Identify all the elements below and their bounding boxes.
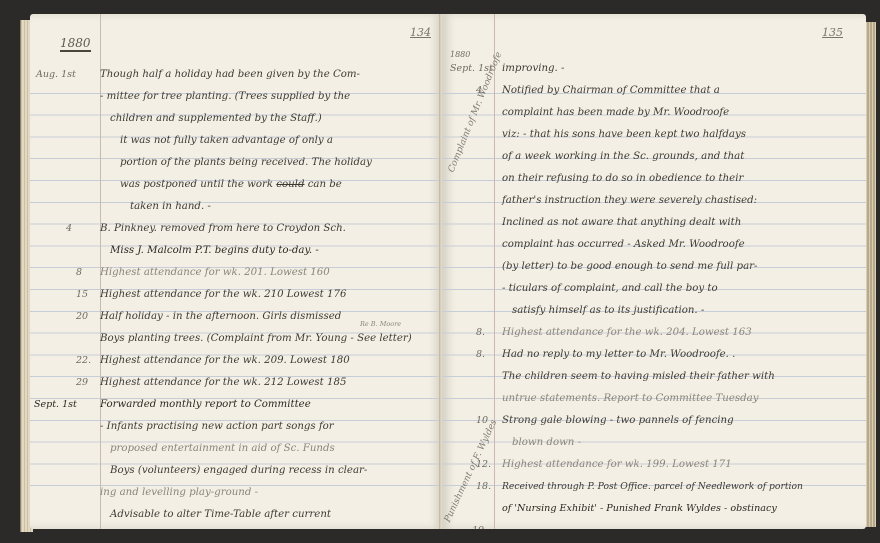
entry-line: father's instruction they were severely … — [502, 190, 757, 212]
entry-line: Strong gale blowing - two pannels of fen… — [502, 410, 734, 432]
entry-line: it was not fully taken advantage of only… — [120, 130, 333, 152]
entry-line: Notified by Chairman of Committee that a — [502, 80, 720, 102]
superscript-note: Re B. Moore — [360, 320, 401, 328]
left-page: 134 1880 Aug. 1st Though half a holiday … — [30, 14, 442, 529]
entry-line: Highest attendance for the wk. 209. Lowe… — [100, 350, 350, 372]
entry-date: Aug. 1st — [36, 64, 76, 86]
entry-line: Inclined as not aware that anything deal… — [502, 212, 741, 234]
entry-date: 8. — [476, 344, 485, 366]
page-edges-right — [866, 22, 876, 527]
entry-line: Received through P. Post Office. parcel … — [502, 476, 803, 498]
entry-date: 15 — [76, 284, 88, 306]
entry-line: - ticulars of complaint, and call the bo… — [502, 278, 718, 300]
entry-line: was postponed until the work could can b… — [120, 174, 342, 196]
entry-line: taken in hand. - — [130, 196, 211, 218]
entry-line: - Infants practising new action part son… — [100, 416, 334, 438]
margin-line — [494, 14, 495, 529]
year-heading: 1880 — [60, 36, 91, 52]
entry-date: 20 — [76, 306, 88, 328]
entry-line: Highest attendance for wk. 201. Lowest 1… — [100, 262, 330, 284]
entry-line: of a week working in the Sc. grounds, an… — [502, 146, 744, 168]
entry-date: 29 — [76, 372, 88, 394]
entry-line: blown down - — [512, 432, 581, 454]
entry-date: 22. — [76, 350, 91, 372]
page-number: 134 — [410, 26, 431, 39]
entry-line: complaint has occurred - Asked Mr. Woodr… — [502, 234, 745, 256]
entry-line: Highest attendance for wk. 199. Lowest 1… — [502, 454, 732, 476]
entry-line: portion of the plants being received. Th… — [120, 152, 372, 174]
entry-date: 18. — [476, 476, 491, 498]
right-page: 135 1880 Sept. 1st improving. - 4. Notif… — [442, 14, 866, 529]
page-number: 135 — [822, 26, 843, 39]
entry-line: complaint has been made by Mr. Woodroofe — [502, 102, 729, 124]
entry-line: proposed entertainment in aid of Sc. Fun… — [110, 438, 335, 460]
entry-line: children and supplemented by the Staff.) — [110, 108, 322, 130]
entry-line: Miss J. Malcolm P.T. begins duty to-day.… — [110, 240, 319, 262]
entry-line: improving. - — [502, 58, 564, 80]
entry-date: 19 — [472, 520, 484, 529]
entry-line: Though half a holiday had been given by … — [100, 64, 360, 86]
entry-line: untrue statements. Report to Committee T… — [502, 388, 758, 410]
entry-line: - mittee for tree planting. (Trees suppl… — [100, 86, 350, 108]
entry-date: 8. — [476, 322, 485, 344]
entry-line: The children seem to having misled their… — [502, 366, 775, 388]
entry-line: of 'Nursing Exhibit' - Punished Frank Wy… — [502, 498, 777, 520]
entry-date: 8 — [76, 262, 82, 284]
entry-line: Advisable to alter Time-Table after curr… — [110, 504, 331, 526]
entry-line: (by letter) to be good enough to send me… — [502, 256, 757, 278]
entry-line: Boys planting trees. (Complaint from Mr.… — [100, 328, 412, 350]
entry-line: Half holiday - in the afternoon. Girls d… — [100, 306, 341, 328]
entry-line: Highest attendance for the wk. 212 Lowes… — [100, 372, 346, 394]
entry-line: Boys (volunteers) engaged during recess … — [110, 460, 367, 482]
entry-date: Sept. 1st — [34, 394, 77, 416]
entry-line: viz: - that his sons have been kept two … — [502, 124, 746, 146]
log-book: 134 1880 Aug. 1st Though half a holiday … — [20, 8, 876, 535]
entry-line: Had no reply to my letter to Mr. Woodroo… — [502, 344, 735, 366]
entry-line: ing and levelling play-ground - — [100, 482, 258, 504]
struck-word: could — [276, 179, 304, 190]
entry-line: satisfy himself as to its justification.… — [512, 300, 704, 322]
entry-date: 4 — [66, 218, 72, 240]
entry-line: Forwarded monthly report to Committee — [100, 394, 311, 416]
entry-line: Highest attendance for the wk. 210 Lowes… — [100, 284, 346, 306]
entry-line: on their refusing to do so in obedience … — [502, 168, 743, 190]
entry-line: Highest attendance for the wk. 204. Lowe… — [502, 322, 752, 344]
entry-line: B. Pinkney. removed from here to Croydon… — [100, 218, 346, 240]
